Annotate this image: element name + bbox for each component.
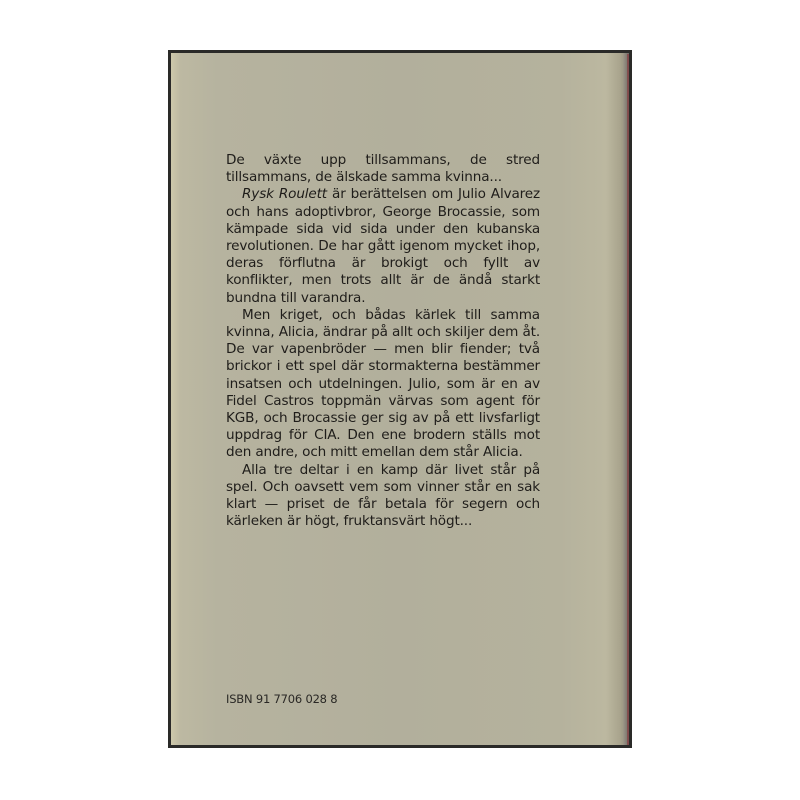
- blurb-paragraph-intro: De växte upp tillsammans, de stred tills…: [226, 152, 540, 186]
- book-back-cover: De växte upp tillsammans, de stred tills…: [168, 50, 632, 748]
- red-spine-edge: [627, 54, 629, 745]
- blurb-paragraph-closing: Alla tre deltar i en kamp där livet står…: [226, 462, 540, 531]
- blurb-paragraph-story: Rysk Roulett är berättelsen om Julio Alv…: [226, 186, 540, 306]
- blurb-text: De växte upp tillsammans, de stred tills…: [226, 152, 540, 530]
- book-title: Rysk Roulett: [242, 186, 327, 202]
- isbn-number: ISBN 91 7706 028 8: [226, 692, 337, 706]
- blurb-paragraph-conflict: Men kriget, och bådas kärlek till samma …: [226, 307, 540, 462]
